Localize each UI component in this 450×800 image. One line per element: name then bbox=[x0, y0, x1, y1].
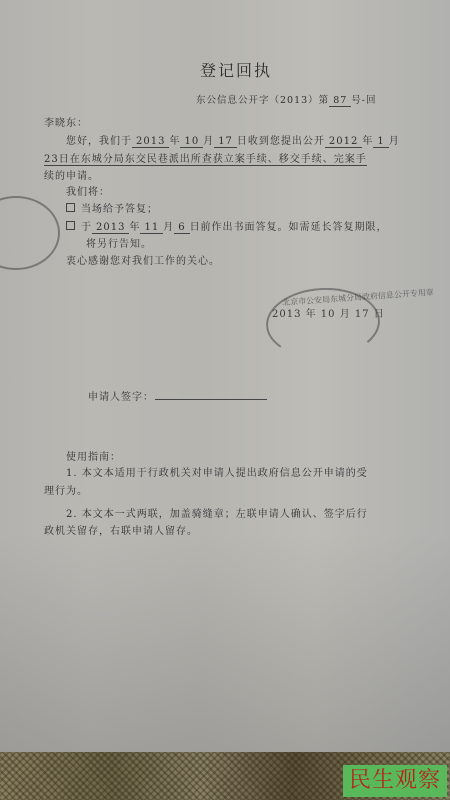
watermark-badge: 民生观察 bbox=[343, 765, 447, 797]
option-continuation: 将另行告知。 bbox=[86, 235, 152, 250]
reply-day: 6 bbox=[174, 222, 189, 234]
guide-item-1: 1. 本文本适用于行政机关对申请人提出政府信息公开申请的受 bbox=[66, 464, 368, 479]
reply-year: 2013 bbox=[92, 222, 129, 234]
received-day: 17 bbox=[214, 136, 237, 148]
option-label: 当场给予答复； bbox=[81, 204, 158, 215]
checkbox-icon bbox=[66, 221, 75, 230]
doc-number-suffix: 号-回 bbox=[351, 95, 376, 106]
guide-heading: 使用指南： bbox=[66, 448, 121, 463]
guide-item-1-cont: 理行为。 bbox=[44, 482, 88, 497]
greeting: 您好，我们于 bbox=[66, 136, 132, 147]
received-year: 2013 bbox=[132, 136, 169, 148]
document-title: 登记回执 bbox=[200, 58, 272, 81]
request-day: 23 bbox=[44, 154, 59, 166]
request-content: 日在东城分局东交民巷派出所查获立案手续、移交手续、完案手 bbox=[59, 150, 367, 166]
signature-label: 申请人签字： bbox=[88, 388, 154, 403]
received-month: 10 bbox=[180, 136, 203, 148]
option-immediate-reply: 当场给予答复； bbox=[66, 200, 158, 215]
doc-number-value: 87 bbox=[329, 95, 351, 107]
received-suffix: 日收到您提出公开 bbox=[237, 136, 325, 147]
guide-item-2-cont: 政机关留存，右联申请人留存。 bbox=[44, 522, 198, 537]
document-number: 东公信息公开字（2013）第87号-回 bbox=[196, 92, 377, 107]
request-year: 2012 bbox=[325, 136, 362, 148]
request-month: 1 bbox=[373, 136, 388, 148]
body-line-1: 您好，我们于2013年10月17日收到您提出公开2012年1月 bbox=[66, 132, 400, 148]
guide-item-2: 2. 本文本一式两联，加盖骑缝章；左联申请人确认、签字后行 bbox=[66, 505, 368, 520]
stamp-date: 2013 年 10 月 17 日 bbox=[272, 305, 385, 320]
option-written-reply: 于2013年11月6日前作出书面答复。如需延长答复期限， bbox=[66, 218, 388, 234]
signature-line bbox=[155, 399, 267, 400]
options-intro: 我们将： bbox=[66, 183, 110, 198]
checkbox-icon bbox=[66, 203, 75, 212]
body-line-3: 续的申请。 bbox=[44, 167, 99, 182]
seam-stamp bbox=[0, 196, 60, 270]
addressee: 李晓东： bbox=[44, 114, 88, 129]
doc-number-prefix: 东公信息公开字（2013）第 bbox=[196, 95, 329, 106]
body-line-2: 23日在东城分局东交民巷派出所查获立案手续、移交手续、完案手 bbox=[44, 150, 367, 166]
thanks-text: 衷心感谢您对我们工作的关心。 bbox=[66, 252, 220, 267]
document-paper: 登记回执 东公信息公开字（2013）第87号-回 李晓东： 您好，我们于2013… bbox=[0, 0, 450, 752]
option-suffix: 日前作出书面答复。如需延长答复期限， bbox=[190, 222, 388, 233]
reply-month: 11 bbox=[140, 222, 163, 234]
option-prefix: 于 bbox=[81, 222, 92, 233]
